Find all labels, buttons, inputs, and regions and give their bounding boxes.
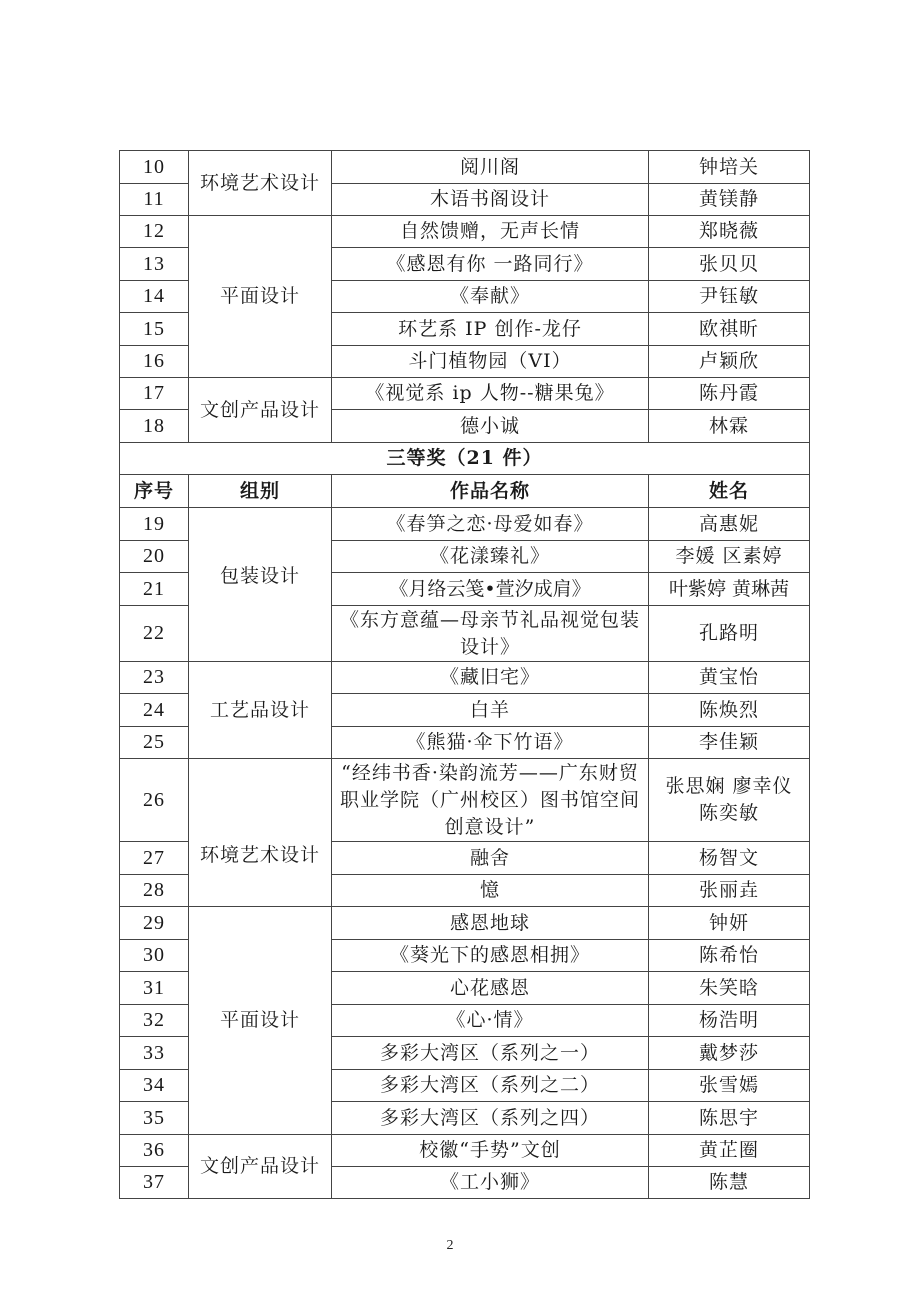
work-title: 《葵光下的感恩相拥》 <box>332 940 649 972</box>
group-cell: 环境艺术设计 <box>189 151 332 216</box>
row-number: 28 <box>120 875 189 907</box>
group-cell: 包装设计 <box>189 508 332 662</box>
work-title: 感恩地球 <box>332 907 649 940</box>
row-number: 16 <box>120 346 189 378</box>
work-title: 《春笋之恋·母爱如春》 <box>332 508 649 541</box>
author-name: 欧祺昕 <box>649 313 810 346</box>
group-cell: 文创产品设计 <box>189 378 332 443</box>
row-number: 20 <box>120 541 189 573</box>
header-name: 姓名 <box>649 475 810 508</box>
section-row: 三等奖（21 件） <box>120 443 810 475</box>
author-name: 卢颖欣 <box>649 346 810 378</box>
header-group: 组别 <box>189 475 332 508</box>
row-number: 13 <box>120 248 189 281</box>
header-no: 序号 <box>120 475 189 508</box>
author-name: 张贝贝 <box>649 248 810 281</box>
page-number: 2 <box>0 1238 900 1254</box>
group-cell: 文创产品设计 <box>189 1135 332 1199</box>
row-number: 34 <box>120 1070 189 1102</box>
table-row: 17 文创产品设计 《视觉系 ip 人物--糖果兔》 陈丹霞 <box>120 378 810 410</box>
work-title: 多彩大湾区（系列之四） <box>332 1102 649 1135</box>
row-number: 36 <box>120 1135 189 1167</box>
author-name: 尹钰敏 <box>649 281 810 313</box>
work-title: 《花漾臻礼》 <box>332 541 649 573</box>
row-number: 32 <box>120 1005 189 1037</box>
header-title: 作品名称 <box>332 475 649 508</box>
row-number: 10 <box>120 151 189 184</box>
author-name: 张丽垚 <box>649 875 810 907</box>
work-title: 斗门植物园（VI） <box>332 346 649 378</box>
work-title: 《月络云笺•萱汐成肩》 <box>332 573 649 606</box>
author-name: 张雪嫣 <box>649 1070 810 1102</box>
work-title: 自然馈赠，无声长情 <box>332 216 649 248</box>
document-page: 10 环境艺术设计 阅川阁 钟培关 11 木语书阁设计 黄镁静 12 平面设计 … <box>0 0 900 1310</box>
author-name: 陈思宇 <box>649 1102 810 1135</box>
row-number: 27 <box>120 842 189 875</box>
row-number: 22 <box>120 606 189 662</box>
row-number: 11 <box>120 184 189 216</box>
row-number: 21 <box>120 573 189 606</box>
work-title: 憶 <box>332 875 649 907</box>
author-name: 高惠妮 <box>649 508 810 541</box>
author-name: 林霖 <box>649 410 810 443</box>
group-cell: 环境艺术设计 <box>189 759 332 907</box>
author-name: 叶紫婷 黄琳茜 <box>649 573 810 606</box>
group-cell: 平面设计 <box>189 907 332 1135</box>
row-number: 23 <box>120 662 189 694</box>
author-name: 钟培关 <box>649 151 810 184</box>
row-number: 37 <box>120 1167 189 1199</box>
group-cell: 工艺品设计 <box>189 662 332 759</box>
row-number: 14 <box>120 281 189 313</box>
work-title: 《熊猫·伞下竹语》 <box>332 727 649 759</box>
work-title: 心花感恩 <box>332 972 649 1005</box>
author-name: 陈焕烈 <box>649 694 810 727</box>
table-row: 26 环境艺术设计 “经纬书香·染韵流芳——广东财贸职业学院（广州校区）图书馆空… <box>120 759 810 842</box>
work-title: 多彩大湾区（系列之一） <box>332 1037 649 1070</box>
row-number: 26 <box>120 759 189 842</box>
author-name: 郑晓薇 <box>649 216 810 248</box>
work-title: 白羊 <box>332 694 649 727</box>
row-number: 19 <box>120 508 189 541</box>
work-title: 《工小狮》 <box>332 1167 649 1199</box>
author-name: 孔路明 <box>649 606 810 662</box>
work-title: 德小诚 <box>332 410 649 443</box>
work-title: 融舍 <box>332 842 649 875</box>
author-name: 朱笑晗 <box>649 972 810 1005</box>
table-row: 36 文创产品设计 校徽“手势”文创 黄芷圈 <box>120 1135 810 1167</box>
work-title: “经纬书香·染韵流芳——广东财贸职业学院（广州校区）图书馆空间创意设计” <box>332 759 649 842</box>
author-name: 张思娴 廖幸仪 陈奕敏 <box>649 759 810 842</box>
section-title: 三等奖（21 件） <box>120 443 810 475</box>
table-row: 10 环境艺术设计 阅川阁 钟培关 <box>120 151 810 184</box>
table-row: 29 平面设计 感恩地球 钟妍 <box>120 907 810 940</box>
work-title: 木语书阁设计 <box>332 184 649 216</box>
row-number: 15 <box>120 313 189 346</box>
author-name: 黄镁静 <box>649 184 810 216</box>
work-title: 阅川阁 <box>332 151 649 184</box>
work-title: 《藏旧宅》 <box>332 662 649 694</box>
author-name: 李媛 区素婷 <box>649 541 810 573</box>
row-number: 24 <box>120 694 189 727</box>
table-row: 19 包装设计 《春笋之恋·母爱如春》 高惠妮 <box>120 508 810 541</box>
author-name: 杨浩明 <box>649 1005 810 1037</box>
row-number: 12 <box>120 216 189 248</box>
awards-table: 10 环境艺术设计 阅川阁 钟培关 11 木语书阁设计 黄镁静 12 平面设计 … <box>119 150 810 1199</box>
author-name: 杨智文 <box>649 842 810 875</box>
author-name: 陈慧 <box>649 1167 810 1199</box>
work-title: 环艺系 IP 创作-龙仔 <box>332 313 649 346</box>
row-number: 35 <box>120 1102 189 1135</box>
row-number: 25 <box>120 727 189 759</box>
row-number: 33 <box>120 1037 189 1070</box>
author-name: 陈希怡 <box>649 940 810 972</box>
group-cell: 平面设计 <box>189 216 332 378</box>
author-name: 黄宝怡 <box>649 662 810 694</box>
author-name: 陈丹霞 <box>649 378 810 410</box>
work-title: 校徽“手势”文创 <box>332 1135 649 1167</box>
row-number: 29 <box>120 907 189 940</box>
row-number: 30 <box>120 940 189 972</box>
work-title: 《视觉系 ip 人物--糖果兔》 <box>332 378 649 410</box>
author-name: 戴梦莎 <box>649 1037 810 1070</box>
work-title: 《心·情》 <box>332 1005 649 1037</box>
work-title: 《奉献》 <box>332 281 649 313</box>
author-name: 黄芷圈 <box>649 1135 810 1167</box>
row-number: 31 <box>120 972 189 1005</box>
table-row: 23 工艺品设计 《藏旧宅》 黄宝怡 <box>120 662 810 694</box>
work-title: 多彩大湾区（系列之二） <box>332 1070 649 1102</box>
row-number: 17 <box>120 378 189 410</box>
row-number: 18 <box>120 410 189 443</box>
work-title: 《感恩有你 一路同行》 <box>332 248 649 281</box>
table-row: 12 平面设计 自然馈赠，无声长情 郑晓薇 <box>120 216 810 248</box>
work-title: 《东方意蕴—母亲节礼品视觉包装设计》 <box>332 606 649 662</box>
author-name: 李佳颖 <box>649 727 810 759</box>
header-row: 序号 组别 作品名称 姓名 <box>120 475 810 508</box>
author-name: 钟妍 <box>649 907 810 940</box>
